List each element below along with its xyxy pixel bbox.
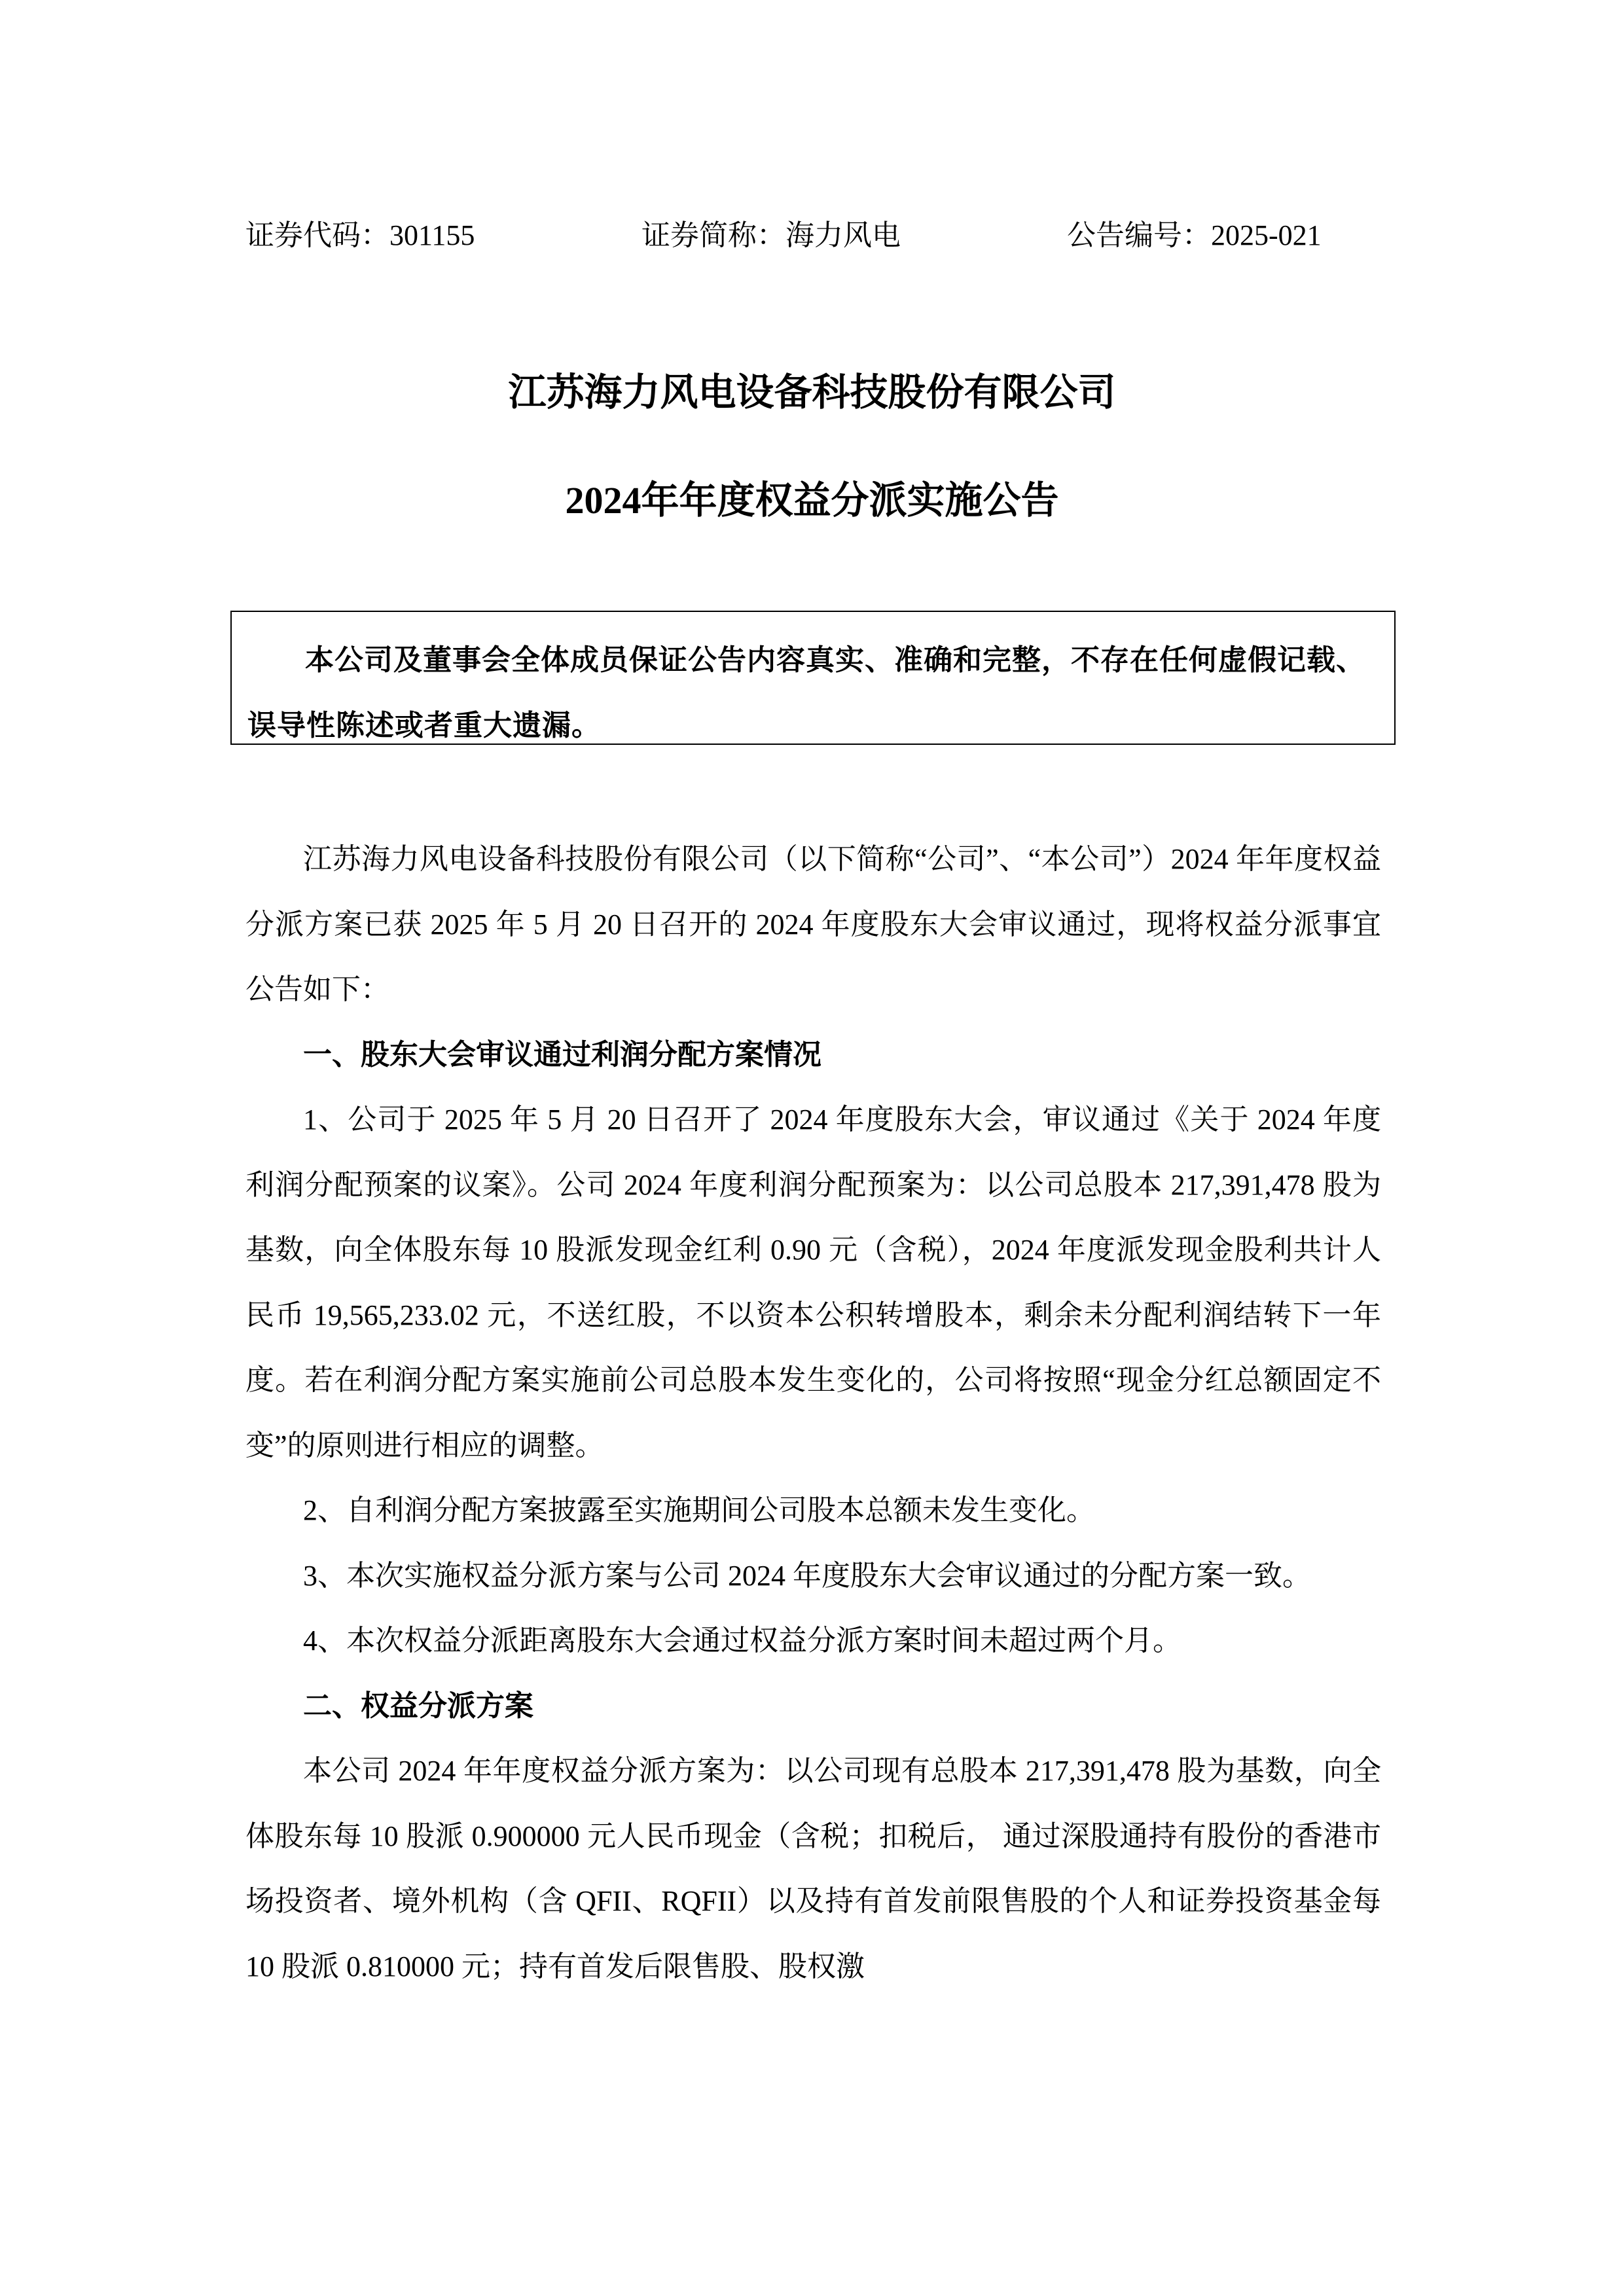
disclaimer-text: 本公司及董事会全体成员保证公告内容真实、准确和完整，不存在任何虚假记载、误导性陈… (247, 628, 1380, 759)
section1-item-2: 2、自利润分配方案披露至实施期间公司股本总额未发生变化。 (245, 1478, 1381, 1543)
company-name-title: 江苏海力风电设备科技股份有限公司 (0, 367, 1624, 419)
section1-item-4: 4、本次权益分派距离股东大会通过权益分派方案时间未超过两个月。 (245, 1608, 1381, 1674)
document-header: 证券代码：301155 证券简称：海力风电 公告编号：2025-021 (245, 216, 1398, 255)
announcement-title: 2024年年度权益分派实施公告 (0, 475, 1624, 527)
section-heading-2: 二、权益分派方案 (245, 1674, 1381, 1739)
announcement-page: 证券代码：301155 证券简称：海力风电 公告编号：2025-021 江苏海力… (0, 0, 1624, 2296)
announcement-number: 公告编号：2025-021 (1067, 216, 1322, 255)
document-body: 江苏海力风电设备科技股份有限公司（以下简称“公司”、“本公司”）2024 年年度… (245, 827, 1381, 1999)
section2-paragraph-1: 本公司 2024 年年度权益分派方案为：以公司现有总股本 217,391,478… (245, 1738, 1381, 1999)
disclaimer-box: 本公司及董事会全体成员保证公告内容真实、准确和完整，不存在任何虚假记载、误导性陈… (230, 611, 1396, 745)
intro-paragraph: 江苏海力风电设备科技股份有限公司（以下简称“公司”、“本公司”）2024 年年度… (245, 827, 1381, 1022)
section-heading-1: 一、股东大会审议通过利润分配方案情况 (245, 1022, 1381, 1088)
section1-item-1: 1、公司于 2025 年 5 月 20 日召开了 2024 年度股东大会，审议通… (245, 1087, 1381, 1478)
stock-code: 证券代码：301155 (245, 216, 475, 255)
stock-short-name: 证券简称：海力风电 (641, 216, 901, 255)
section1-item-3: 3、本次实施权益分派方案与公司 2024 年度股东大会审议通过的分配方案一致。 (245, 1543, 1381, 1609)
